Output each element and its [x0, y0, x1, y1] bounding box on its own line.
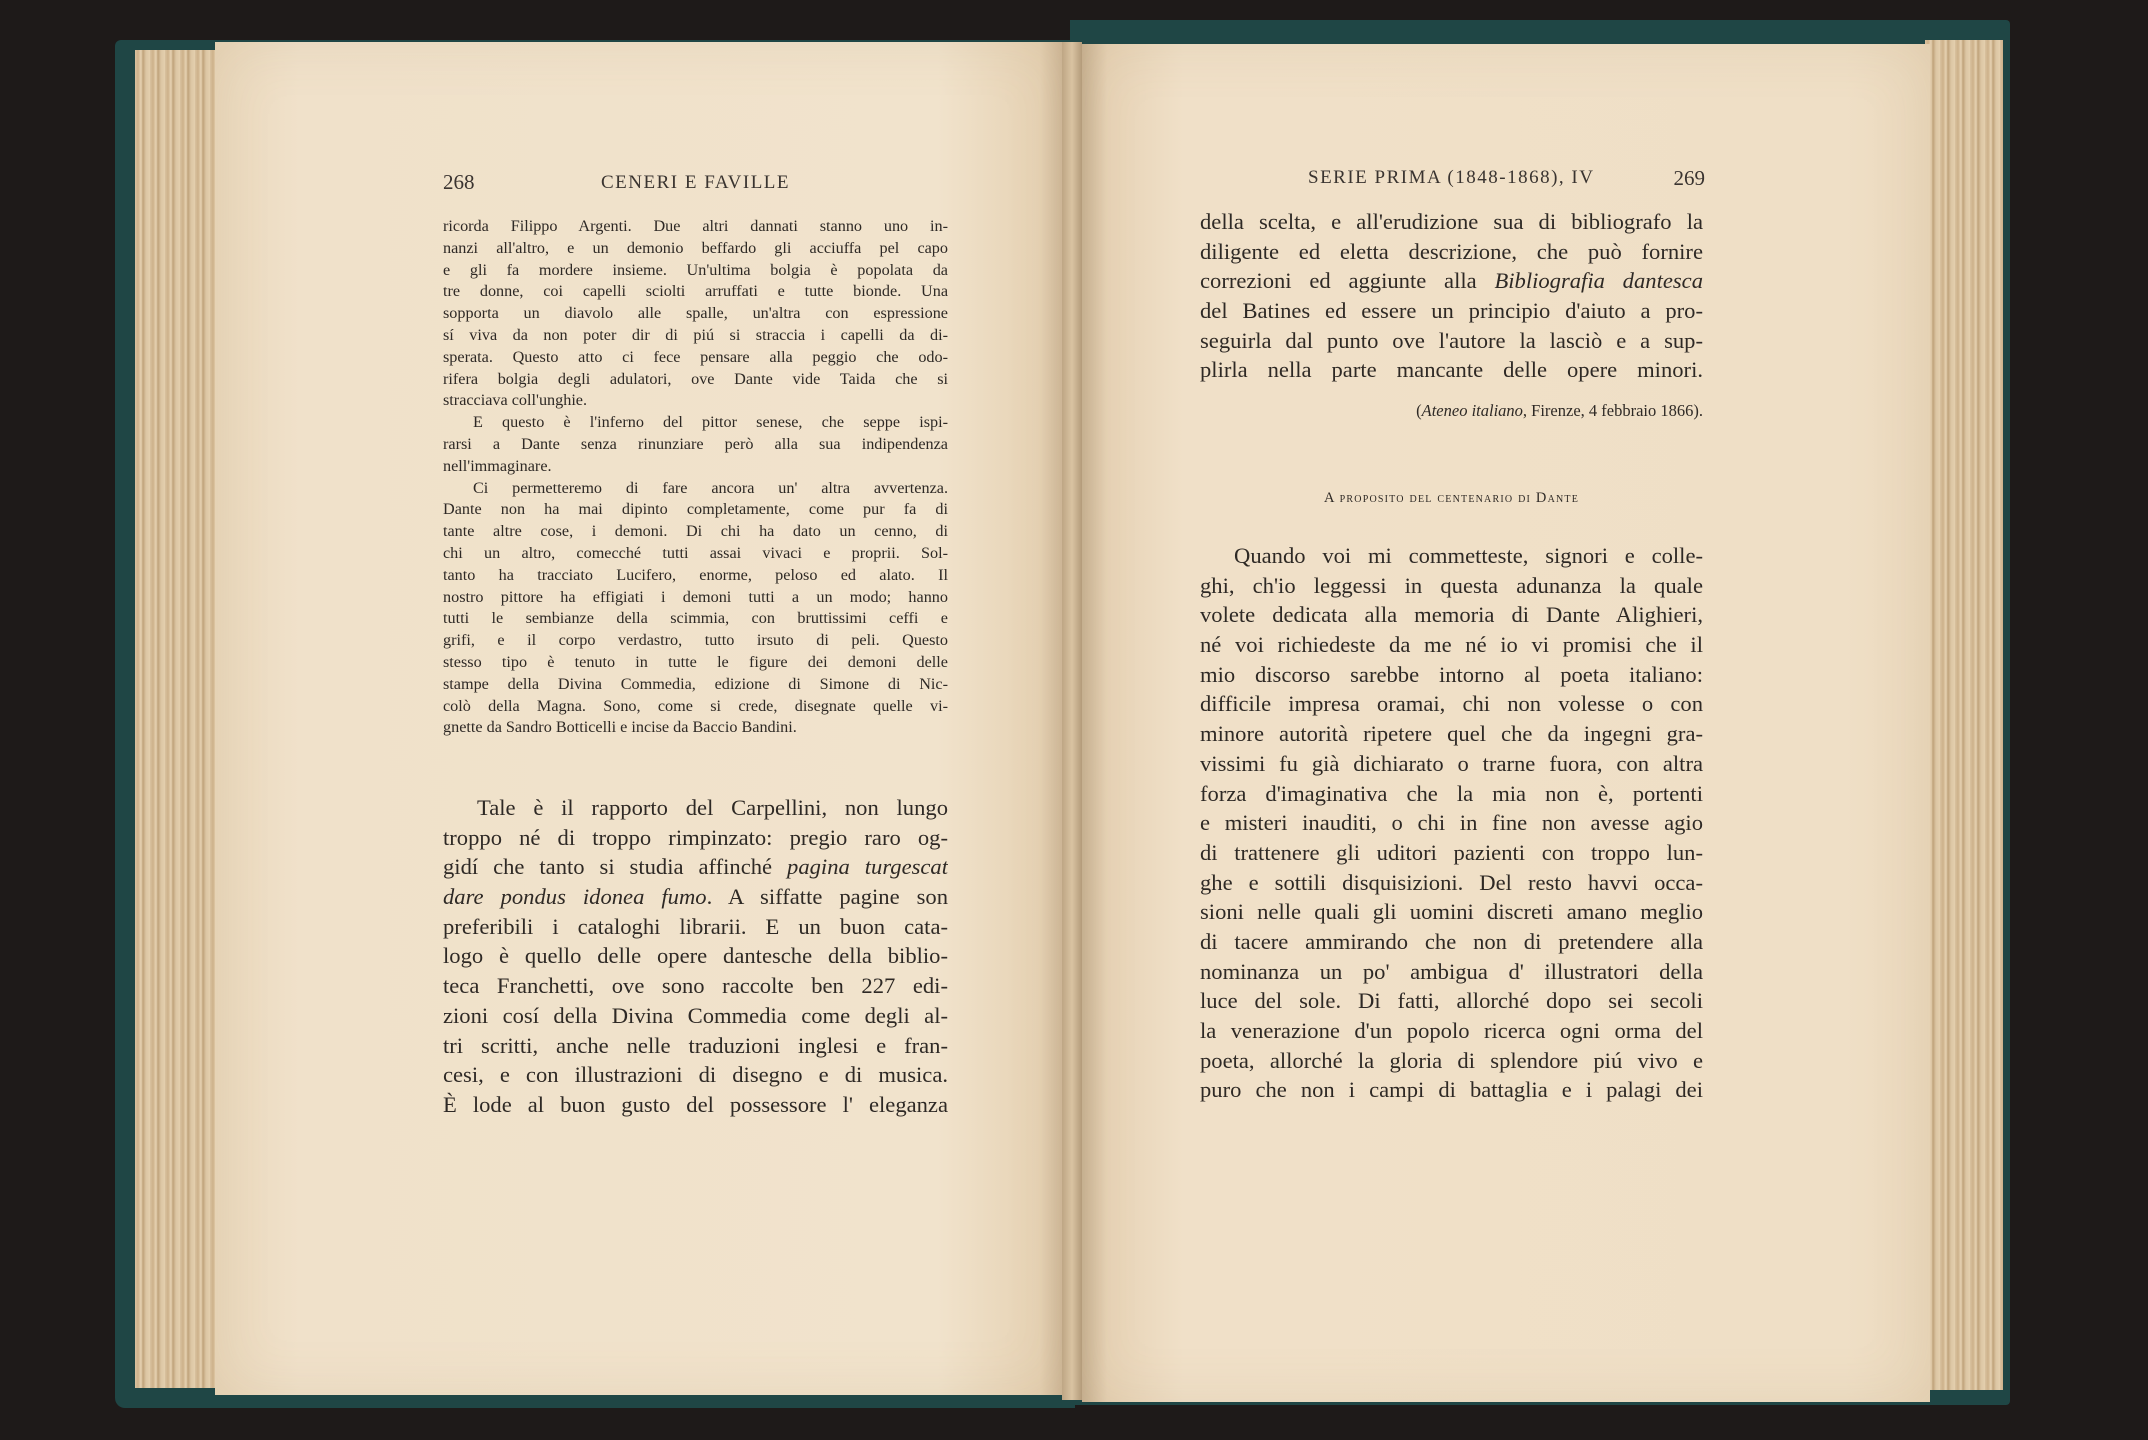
text-line: stracciava coll'unghie. [443, 390, 948, 412]
text-line: stampe della Divina Commedia, edizione d… [443, 674, 948, 696]
text-run: Tale è il rapporto del Carpellini, non l… [477, 795, 948, 820]
text-run: diligente ed eletta descrizione, che può… [1200, 239, 1703, 264]
text-line: tre donne, coi capelli sciolti arruffati… [443, 281, 948, 303]
text-line: dare pondus idonea fumo. A siffatte pagi… [443, 882, 948, 912]
text-line: zioni cosí della Divina Commedia come de… [443, 1001, 948, 1031]
text-line: sioni nelle quali gli uomini discreti am… [1200, 897, 1703, 927]
text-run: teca Franchetti, ove sono raccolte ben 2… [443, 973, 948, 998]
text-line: rarsi a Dante senza rinunziare però alla… [443, 434, 948, 456]
text-run: zioni cosí della Divina Commedia come de… [443, 1003, 948, 1028]
text-line: ghi, ch'io leggessi in questa adunanza l… [1200, 571, 1703, 601]
text-line: tutti le sembianze della scimmia, con br… [443, 608, 948, 630]
journal-title: Ateneo italiano [1422, 401, 1523, 420]
text-line: diligente ed eletta descrizione, che può… [1200, 237, 1703, 267]
text-line: Tale è il rapporto del Carpellini, non l… [443, 793, 948, 823]
page-edges-right [1925, 40, 2003, 1390]
text-run: troppo né di troppo rimpinzato: pregio r… [443, 825, 948, 850]
text-run: plirla nella parte mancante delle opere … [1200, 357, 1703, 382]
text-line: della scelta, e all'erudizione sua di bi… [1200, 207, 1703, 237]
text-line: poeta, allorché la gloria di splendore p… [1200, 1046, 1703, 1076]
text-run: gidí che tanto si studia affinché [443, 854, 787, 879]
text-line: luce del sole. Di fatti, allorché dopo s… [1200, 986, 1703, 1016]
text-line: stesso tipo è tenuto in tutte le figure … [443, 652, 948, 674]
right-body-text: Quando voi mi commetteste, signori e col… [1200, 541, 1703, 1105]
running-title: SERIE PRIMA (1848-1868), IV [1308, 167, 1594, 189]
text-run: della scelta, e all'erudizione sua di bi… [1200, 209, 1703, 234]
text-line: rifera bolgia degli adulatori, ove Dante… [443, 369, 948, 391]
text-line: teca Franchetti, ove sono raccolte ben 2… [443, 971, 948, 1001]
text-line: grifi, e il corpo verdastro, tutto irsut… [443, 630, 948, 652]
text-line: sí viva da non poter dir di piú si strac… [443, 325, 948, 347]
text-line: nanzi all'altro, e un demonio beffardo g… [443, 238, 948, 260]
text-run: . A siffatte pagine son [707, 884, 948, 909]
text-line: nominanza un po' ambigua d' illustratori… [1200, 957, 1703, 987]
text-line: ghe e sottili disquisizioni. Del resto h… [1200, 868, 1703, 898]
text-line: ricorda Filippo Argenti. Due altri danna… [443, 216, 948, 238]
text-run: logo è quello delle opere dantesche dell… [443, 943, 948, 968]
text-line: e gli fa mordere insieme. Un'ultima bolg… [443, 260, 948, 282]
text-line: Quando voi mi commetteste, signori e col… [1200, 541, 1703, 571]
text-line: E questo è l'inferno del pittor senese, … [443, 412, 948, 434]
text-line: plirla nella parte mancante delle opere … [1200, 355, 1703, 385]
page-edges-left [135, 50, 217, 1388]
text-run: del Batines ed essere un principio d'aiu… [1200, 298, 1703, 323]
source-citation: (Ateneo italiano, Firenze, 4 febbraio 18… [1300, 401, 1703, 421]
text-line: mio discorso sarebbe intorno al poeta it… [1200, 660, 1703, 690]
italic-phrase: Bibliografia dantesca [1494, 268, 1703, 293]
text-line: Ci permetteremo di fare ancora un' altra… [443, 478, 948, 500]
text-line: sperata. Questo atto ci fece pensare all… [443, 347, 948, 369]
text-line: volete dedicata alla memoria di Dante Al… [1200, 600, 1703, 630]
text-line: correzioni ed aggiunte alla Bibliografia… [1200, 266, 1703, 296]
text-line: e misteri inauditi, o chi in fine non av… [1200, 808, 1703, 838]
text-line: nell'immaginare. [443, 456, 948, 478]
text-line: forza d'imaginativa che la mia non è, po… [1200, 779, 1703, 809]
text-line: Dante non ha mai dipinto completamente, … [443, 499, 948, 521]
text-line: di tacere ammirando che non di pretender… [1200, 927, 1703, 957]
text-line: logo è quello delle opere dantesche dell… [443, 941, 948, 971]
gutter [1062, 42, 1082, 1400]
text-line: difficile impresa oramai, chi non voless… [1200, 689, 1703, 719]
left-large-text-block: Tale è il rapporto del Carpellini, non l… [443, 793, 948, 1120]
text-line: gidí che tanto si studia affinché pagina… [443, 852, 948, 882]
text-line: né voi richiedeste da me né io vi promis… [1200, 630, 1703, 660]
text-line: cesi, e con illustrazioni di disegno e d… [443, 1060, 948, 1090]
italic-phrase: dare pondus idonea fumo [443, 884, 707, 909]
text-line: seguirla dal punto ove l'autore la lasci… [1200, 326, 1703, 356]
section-title: A proposito del centenario di Dante [1200, 490, 1703, 507]
running-title: CENERI E FAVILLE [601, 172, 790, 194]
text-line: puro che non i campi di battaglia e i pa… [1200, 1075, 1703, 1105]
text-line: gnette da Sandro Botticelli e incise da … [443, 717, 948, 739]
text-line: minore autorità ripetere quel che da ing… [1200, 719, 1703, 749]
right-running-head: SERIE PRIMA (1848-1868), IV 269 [1200, 166, 1705, 192]
text-line: tante altre cose, i demoni. Di chi ha da… [443, 521, 948, 543]
right-continuation-text: della scelta, e all'erudizione sua di bi… [1200, 207, 1703, 385]
text-run: È lode al buon gusto del possessore l' e… [443, 1092, 948, 1117]
text-run: seguirla dal punto ove l'autore la lasci… [1200, 328, 1703, 353]
page-number: 269 [1674, 166, 1706, 191]
text-line: chi un altro, comecché tutti assai vivac… [443, 543, 948, 565]
left-small-text-block: ricorda Filippo Argenti. Due altri danna… [443, 216, 948, 739]
text-run: preferibili i cataloghi librarii. E un b… [443, 914, 948, 939]
text-line: di trattenere gli uditori pazienti con t… [1200, 838, 1703, 868]
page-number: 268 [443, 170, 475, 195]
text-line: preferibili i cataloghi librarii. E un b… [443, 912, 948, 942]
left-running-head: 268 CENERI E FAVILLE [443, 170, 948, 196]
text-line: vissimi fu già dichiarato o trarne fuora… [1200, 749, 1703, 779]
text-line: È lode al buon gusto del possessore l' e… [443, 1090, 948, 1120]
text-line: troppo né di troppo rimpinzato: pregio r… [443, 823, 948, 853]
text-run: tri scritti, anche nelle traduzioni ingl… [443, 1033, 948, 1058]
text-line: del Batines ed essere un principio d'aiu… [1200, 296, 1703, 326]
text-run: cesi, e con illustrazioni di disegno e d… [443, 1062, 948, 1087]
text-line: tanto ha tracciato Lucifero, enorme, pel… [443, 565, 948, 587]
text-line: la venerazione d'un popolo ricerca ogni … [1200, 1016, 1703, 1046]
text-run: correzioni ed aggiunte alla [1200, 268, 1494, 293]
italic-phrase: pagina turgescat [787, 854, 948, 879]
text-line: sopporta un diavolo alle spalle, un'altr… [443, 303, 948, 325]
text-line: colò della Magna. Sono, come si crede, d… [443, 696, 948, 718]
text-line: nostro pittore ha effigiati i demoni tut… [443, 587, 948, 609]
text-line: tri scritti, anche nelle traduzioni ingl… [443, 1031, 948, 1061]
